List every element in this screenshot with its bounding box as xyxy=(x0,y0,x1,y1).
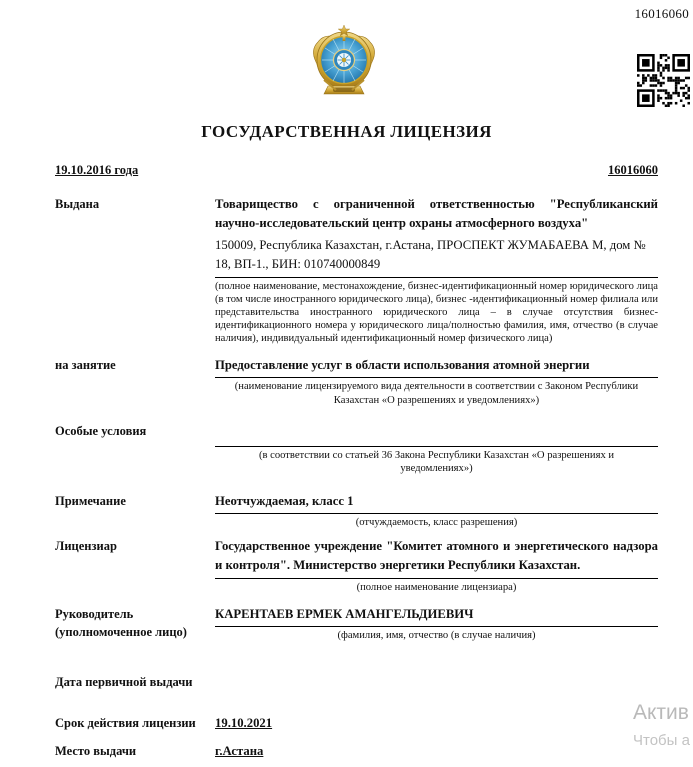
document-header: 16016060 xyxy=(0,0,693,108)
corner-document-number: 16016060 xyxy=(635,6,689,22)
note-value: Неотчуждаемая, класс 1 xyxy=(215,492,658,514)
field-label: Особые условия xyxy=(55,422,215,440)
field-first-issue-date: Дата первичной выдачи xyxy=(55,673,658,691)
kazakhstan-coat-of-arms-icon xyxy=(308,24,380,98)
field-label: Руководитель (уполномоченное лицо) xyxy=(55,605,215,641)
activity-value: Предоставление услуг в области использов… xyxy=(215,356,658,378)
license-number: 16016060 xyxy=(608,163,658,178)
date-number-row: 19.10.2016 года 16016060 xyxy=(55,163,658,178)
activity-caption: (наименование лицензируемого вида деятел… xyxy=(232,378,642,406)
special-conditions-caption: (в соответствии со статьей 36 Закона Рес… xyxy=(247,447,627,475)
field-issued-to: Выдана Товарищество с ограниченной ответ… xyxy=(55,195,658,345)
validity-value: 19.10.2021 xyxy=(215,716,272,730)
field-activity: на занятие Предоставление услуг в област… xyxy=(55,356,658,407)
license-document-page: 16016060 xyxy=(0,0,693,767)
field-label: Дата первичной выдачи xyxy=(55,673,215,691)
field-label: Выдана xyxy=(55,195,215,213)
field-label: на занятие xyxy=(55,356,215,374)
field-note: Примечание Неотчуждаемая, класс 1 (отчуж… xyxy=(55,492,658,529)
issued-to-address: 150009, Республика Казахстан, г.Астана, … xyxy=(215,236,658,278)
qr-code xyxy=(637,54,690,107)
head-caption: (фамилия, имя, отчество (в случае наличи… xyxy=(215,627,658,642)
field-label: Срок действия лицензии xyxy=(55,714,215,732)
field-place-of-issue: Место выдачи г.Астана xyxy=(55,742,658,761)
head-value: КАРЕНТАЕВ ЕРМЕК АМАНГЕЛЬДИЕВИЧ xyxy=(215,605,658,627)
issue-date: 19.10.2016 года xyxy=(55,163,138,178)
field-licensor: Лицензиар Государственное учреждение "Ко… xyxy=(55,537,658,594)
document-body: 19.10.2016 года 16016060 Выдана Товарище… xyxy=(0,163,693,761)
page-title: ГОСУДАРСТВЕННАЯ ЛИЦЕНЗИЯ xyxy=(0,122,693,142)
issued-to-value: Товарищество с ограниченной ответственно… xyxy=(215,195,658,233)
field-label: Примечание xyxy=(55,492,215,510)
head-label-line2: (уполномоченное лицо) xyxy=(55,623,215,641)
field-label: Место выдачи xyxy=(55,742,215,760)
licensor-caption: (полное наименование лицензиара) xyxy=(215,579,658,594)
field-validity: Срок действия лицензии 19.10.2021 xyxy=(55,714,658,733)
field-label: Лицензиар xyxy=(55,537,215,555)
special-conditions-empty-line xyxy=(215,422,658,447)
head-label-line1: Руководитель xyxy=(55,605,215,623)
note-caption: (отчуждаемость, класс разрешения) xyxy=(215,514,658,529)
place-of-issue-value: г.Астана xyxy=(215,744,263,758)
licensor-value: Государственное учреждение "Комитет атом… xyxy=(215,537,658,579)
field-head: Руководитель (уполномоченное лицо) КАРЕН… xyxy=(55,605,658,642)
field-special-conditions: Особые условия (в соответствии со статье… xyxy=(55,422,658,475)
issued-to-caption: (полное наименование, местонахождение, б… xyxy=(215,278,658,345)
